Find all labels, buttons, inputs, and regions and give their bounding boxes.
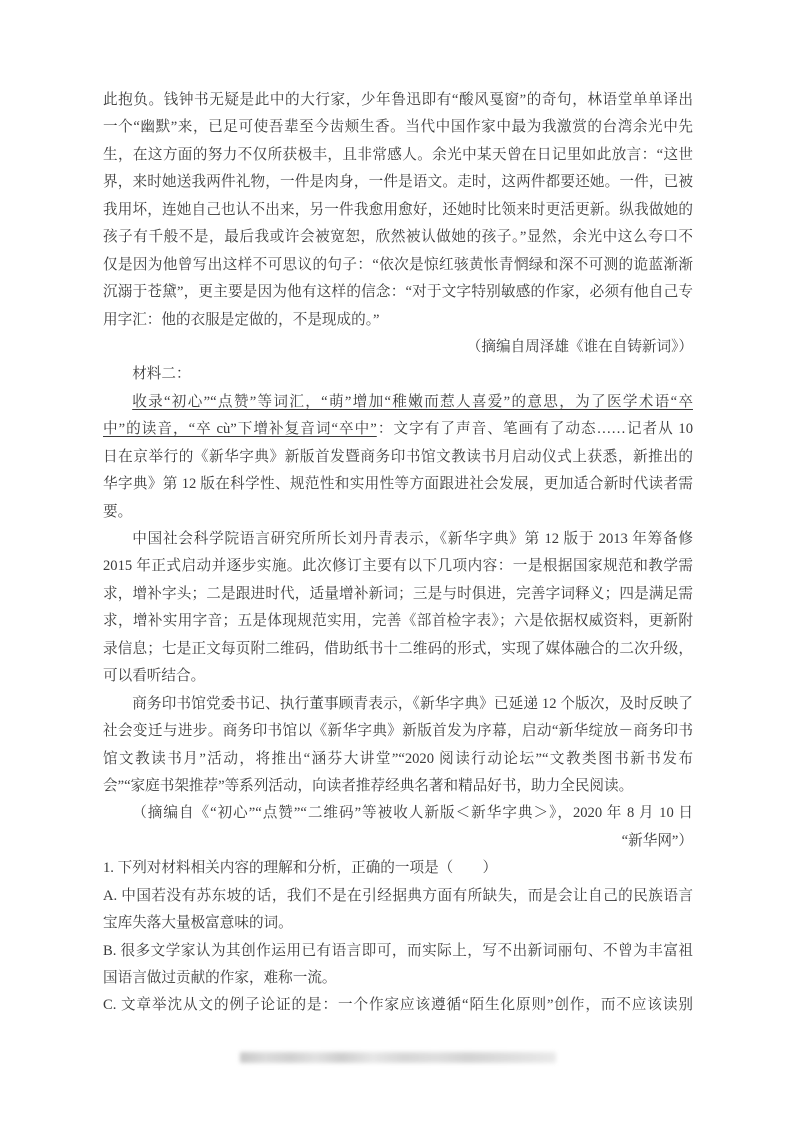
text-line: 用字汇：他的衣服是定做的，不是现成的。” bbox=[103, 307, 693, 334]
text-line: 生，在这方面的努力不仅所获极丰，且非常感人。余光中某天曾在日记里如此放言：“这世 bbox=[103, 142, 693, 169]
text-run: 生，在这方面的努力不仅所获极丰，且非常感人。余光中某天曾在日记里如此放言：“这世 bbox=[103, 147, 693, 163]
text-line: “新华网”） bbox=[103, 828, 693, 855]
text-run: B. 很多文学家认为其创作运用已有语言即可，而实际上，写不出新词丽句、不曾为丰富… bbox=[103, 943, 693, 959]
text-line: 收录“初心”“点赞”等词汇，“萌”增加“稚嫩而惹人喜爱”的意思，为了医学术语“卒 bbox=[103, 389, 693, 416]
text-run: 国语言做过贡献的作家，难称一流。 bbox=[103, 970, 337, 986]
text-line: 我用坏，连她自己也认不出来，另一件我愈用愈好，还她时比领来时更活更新。纵我做她的 bbox=[103, 197, 693, 224]
text-run: 界，来时她送我两件礼物，一件是肉身，一件是语文。走时，这两件都要还她。一件，已被 bbox=[103, 174, 693, 190]
text-run: 沉溺于苍黛”，更主要是因为他有这样的信念：“对于文字特别敏感的作家，必须有他自己… bbox=[103, 284, 693, 300]
text-line: 求，增补字头；二是跟进时代，适量增补新词；三是与时俱进，完善字词释义；四是满足需 bbox=[103, 581, 693, 608]
text-line: 商务印书馆党委书记、执行董事顾青表示，《新华字典》已延递 12 个版次，及时反映… bbox=[103, 691, 693, 718]
text-run: 录信息；七是正文每页附二维码，借助纸书十二维码的形式，实现了媒体融合的二次升级， bbox=[103, 641, 693, 657]
text-line: 中”的读音，“卒 cù”下增补复音词“卒中”：文字有了声音、笔画有了动态……记者… bbox=[103, 416, 693, 443]
text-line: 仅是因为他曾写出这样不可思议的句子：“依次是惊红骇黄怅青惘绿和深不可测的诡蓝渐渐 bbox=[103, 252, 693, 279]
text-line: 日在京举行的《新华字典》新版首发暨商务印书馆文教读书月启动仪式上获悉，新推出的《… bbox=[103, 444, 693, 471]
text-line: C. 文章举沈从文的例子论证的是：一个作家应该遵循“陌生化原则”创作，而不应该读… bbox=[103, 992, 693, 1019]
text-line: 中国社会科学院语言研究所所长刘丹青表示，《新华字典》第 12 版于 2013 年… bbox=[103, 526, 693, 553]
text-line: 要。 bbox=[103, 499, 693, 526]
text-line: B. 很多文学家认为其创作运用已有语言即可，而实际上，写不出新词丽句、不曾为丰富… bbox=[103, 938, 693, 965]
text-run: 华字典》第 12 版在科学性、规范性和实用性等方面跟进社会发展，更加适合新时代读… bbox=[103, 476, 693, 492]
text-line: （摘编自周泽雄《谁在自铸新词》） bbox=[103, 334, 693, 361]
text-line: 一个“幽默”来，已足可使吾辈至今齿颊生香。当代中国作家中最为我激赏的台湾余光中先 bbox=[103, 114, 693, 141]
text-line: A. 中国若没有苏东坡的话，我们不是在引经据典方面有所缺失，而是会让自己的民族语… bbox=[103, 883, 693, 910]
text-run: 求，增补字头；二是跟进时代，适量增补新词；三是与时俱进，完善字词释义；四是满足需 bbox=[103, 586, 693, 602]
text-run: 材料二： bbox=[132, 366, 190, 382]
text-line: 国语言做过贡献的作家，难称一流。 bbox=[103, 965, 693, 992]
text-line: 沉溺于苍黛”，更主要是因为他有这样的信念：“对于文字特别敏感的作家，必须有他自己… bbox=[103, 279, 693, 306]
text-line: 社会变迁与进步。商务印书馆以《新华字典》新版首发为序幕，启动“新华绽放－商务印书 bbox=[103, 718, 693, 745]
document-page: 此抱负。钱钟书无疑是此中的大行家，少年鲁迅即有“酸风戛窗”的奇句，林语堂单单译出… bbox=[0, 0, 794, 1122]
text-run: 可以看听结合。 bbox=[103, 668, 205, 684]
text-run: 会”“家庭书架推荐”等系列活动，向读者推荐经典名著和精品好书，助力全民阅读。 bbox=[103, 778, 633, 794]
text-run: ：文字有了声音、笔画有了动态……记者从 10 bbox=[377, 421, 693, 437]
text-line: 1. 下列对材料相关内容的理解和分析，正确的一项是（ ） bbox=[103, 855, 693, 882]
text-run: （摘编自周泽雄《谁在自铸新词》） bbox=[467, 339, 693, 355]
text-line: 录信息；七是正文每页附二维码，借助纸书十二维码的形式，实现了媒体融合的二次升级， bbox=[103, 636, 693, 663]
text-line: 孩子有千般不是，最后我或许会被宽恕，欣然被认做她的孩子。”显然，余光中这么夸口不 bbox=[103, 224, 693, 251]
text-run: 社会变迁与进步。商务印书馆以《新华字典》新版首发为序幕，启动“新华绽放－商务印书 bbox=[103, 723, 693, 739]
text-line: 2015 年正式启动并逐步实施。此次修订主要有以下几项内容：一是根据国家规范和教… bbox=[103, 553, 693, 580]
text-run: 1. 下列对材料相关内容的理解和分析，正确的一项是（ ） bbox=[103, 860, 497, 876]
text-line: 华字典》第 12 版在科学性、规范性和实用性等方面跟进社会发展，更加适合新时代读… bbox=[103, 471, 693, 498]
text-run: 我用坏，连她自己也认不出来，另一件我愈用愈好，还她时比领来时更活更新。纵我做她的 bbox=[103, 202, 693, 218]
text-run: 商务印书馆党委书记、执行董事顾青表示，《新华字典》已延递 12 个版次，及时反映… bbox=[132, 696, 693, 712]
text-line: 此抱负。钱钟书无疑是此中的大行家，少年鲁迅即有“酸风戛窗”的奇句，林语堂单单译出 bbox=[103, 87, 693, 114]
underlined-text: 中”的读音，“卒 cù”下增补复音词“卒中” bbox=[103, 421, 377, 437]
text-run: 孩子有千般不是，最后我或许会被宽恕，欣然被认做她的孩子。”显然，余光中这么夸口不 bbox=[103, 229, 693, 245]
text-line: （摘编自《“初心”“点赞”“二维码”等被收人新版＜新华字典＞》，2020 年 8… bbox=[103, 800, 693, 827]
blurred-watermark bbox=[240, 1052, 556, 1063]
text-run: A. 中国若没有苏东坡的话，我们不是在引经据典方面有所缺失，而是会让自己的民族语… bbox=[103, 888, 693, 904]
text-run: 用字汇：他的衣服是定做的，不是现成的。” bbox=[103, 312, 379, 328]
text-run: 日在京举行的《新华字典》新版首发暨商务印书馆文教读书月启动仪式上获悉，新推出的《… bbox=[103, 449, 693, 471]
underlined-text: 收录“初心”“点赞”等词汇，“萌”增加“稚嫩而惹人喜爱”的意思，为了医学术语“卒 bbox=[132, 394, 693, 410]
text-run: “新华网”） bbox=[622, 833, 693, 849]
text-run: 一个“幽默”来，已足可使吾辈至今齿颊生香。当代中国作家中最为我激赏的台湾余光中先 bbox=[103, 119, 693, 135]
text-run: 求，增补实用字音；五是体现规范实用，完善《部首检字表》；六是依据权威资料，更新附 bbox=[103, 613, 693, 629]
text-run: 宝库失落大量极富意味的词。 bbox=[103, 915, 293, 931]
text-line: 可以看听结合。 bbox=[103, 663, 693, 690]
text-run: 馆文教读书月”活动，将推出“涵芬大讲堂”“2020 阅读行动论坛”“文教类图书新… bbox=[103, 751, 693, 767]
text-line: 材料二： bbox=[103, 361, 693, 388]
text-line: 馆文教读书月”活动，将推出“涵芬大讲堂”“2020 阅读行动论坛”“文教类图书新… bbox=[103, 746, 693, 773]
text-line: 会”“家庭书架推荐”等系列活动，向读者推荐经典名著和精品好书，助力全民阅读。 bbox=[103, 773, 693, 800]
text-line: 宝库失落大量极富意味的词。 bbox=[103, 910, 693, 937]
text-line: 界，来时她送我两件礼物，一件是肉身，一件是语文。走时，这两件都要还她。一件，已被 bbox=[103, 169, 693, 196]
text-run: 2015 年正式启动并逐步实施。此次修订主要有以下几项内容：一是根据国家规范和教… bbox=[103, 558, 693, 574]
text-run: 要。 bbox=[103, 504, 132, 520]
text-run: 仅是因为他曾写出这样不可思议的句子：“依次是惊红骇黄怅青惘绿和深不可测的诡蓝渐渐 bbox=[103, 257, 693, 273]
text-run: 此抱负。钱钟书无疑是此中的大行家，少年鲁迅即有“酸风戛窗”的奇句，林语堂单单译出 bbox=[103, 92, 693, 108]
document-text-block: 此抱负。钱钟书无疑是此中的大行家，少年鲁迅即有“酸风戛窗”的奇句，林语堂单单译出… bbox=[103, 87, 693, 1020]
text-line: 求，增补实用字音；五是体现规范实用，完善《部首检字表》；六是依据权威资料，更新附 bbox=[103, 608, 693, 635]
text-run: 中国社会科学院语言研究所所长刘丹青表示，《新华字典》第 12 版于 2013 年… bbox=[103, 531, 693, 553]
text-run: C. 文章举沈从文的例子论证的是：一个作家应该遵循“陌生化原则”创作，而不应该读… bbox=[103, 997, 693, 1013]
text-run: （摘编自《“初心”“点赞”“二维码”等被收人新版＜新华字典＞》，2020 年 8… bbox=[132, 805, 693, 821]
